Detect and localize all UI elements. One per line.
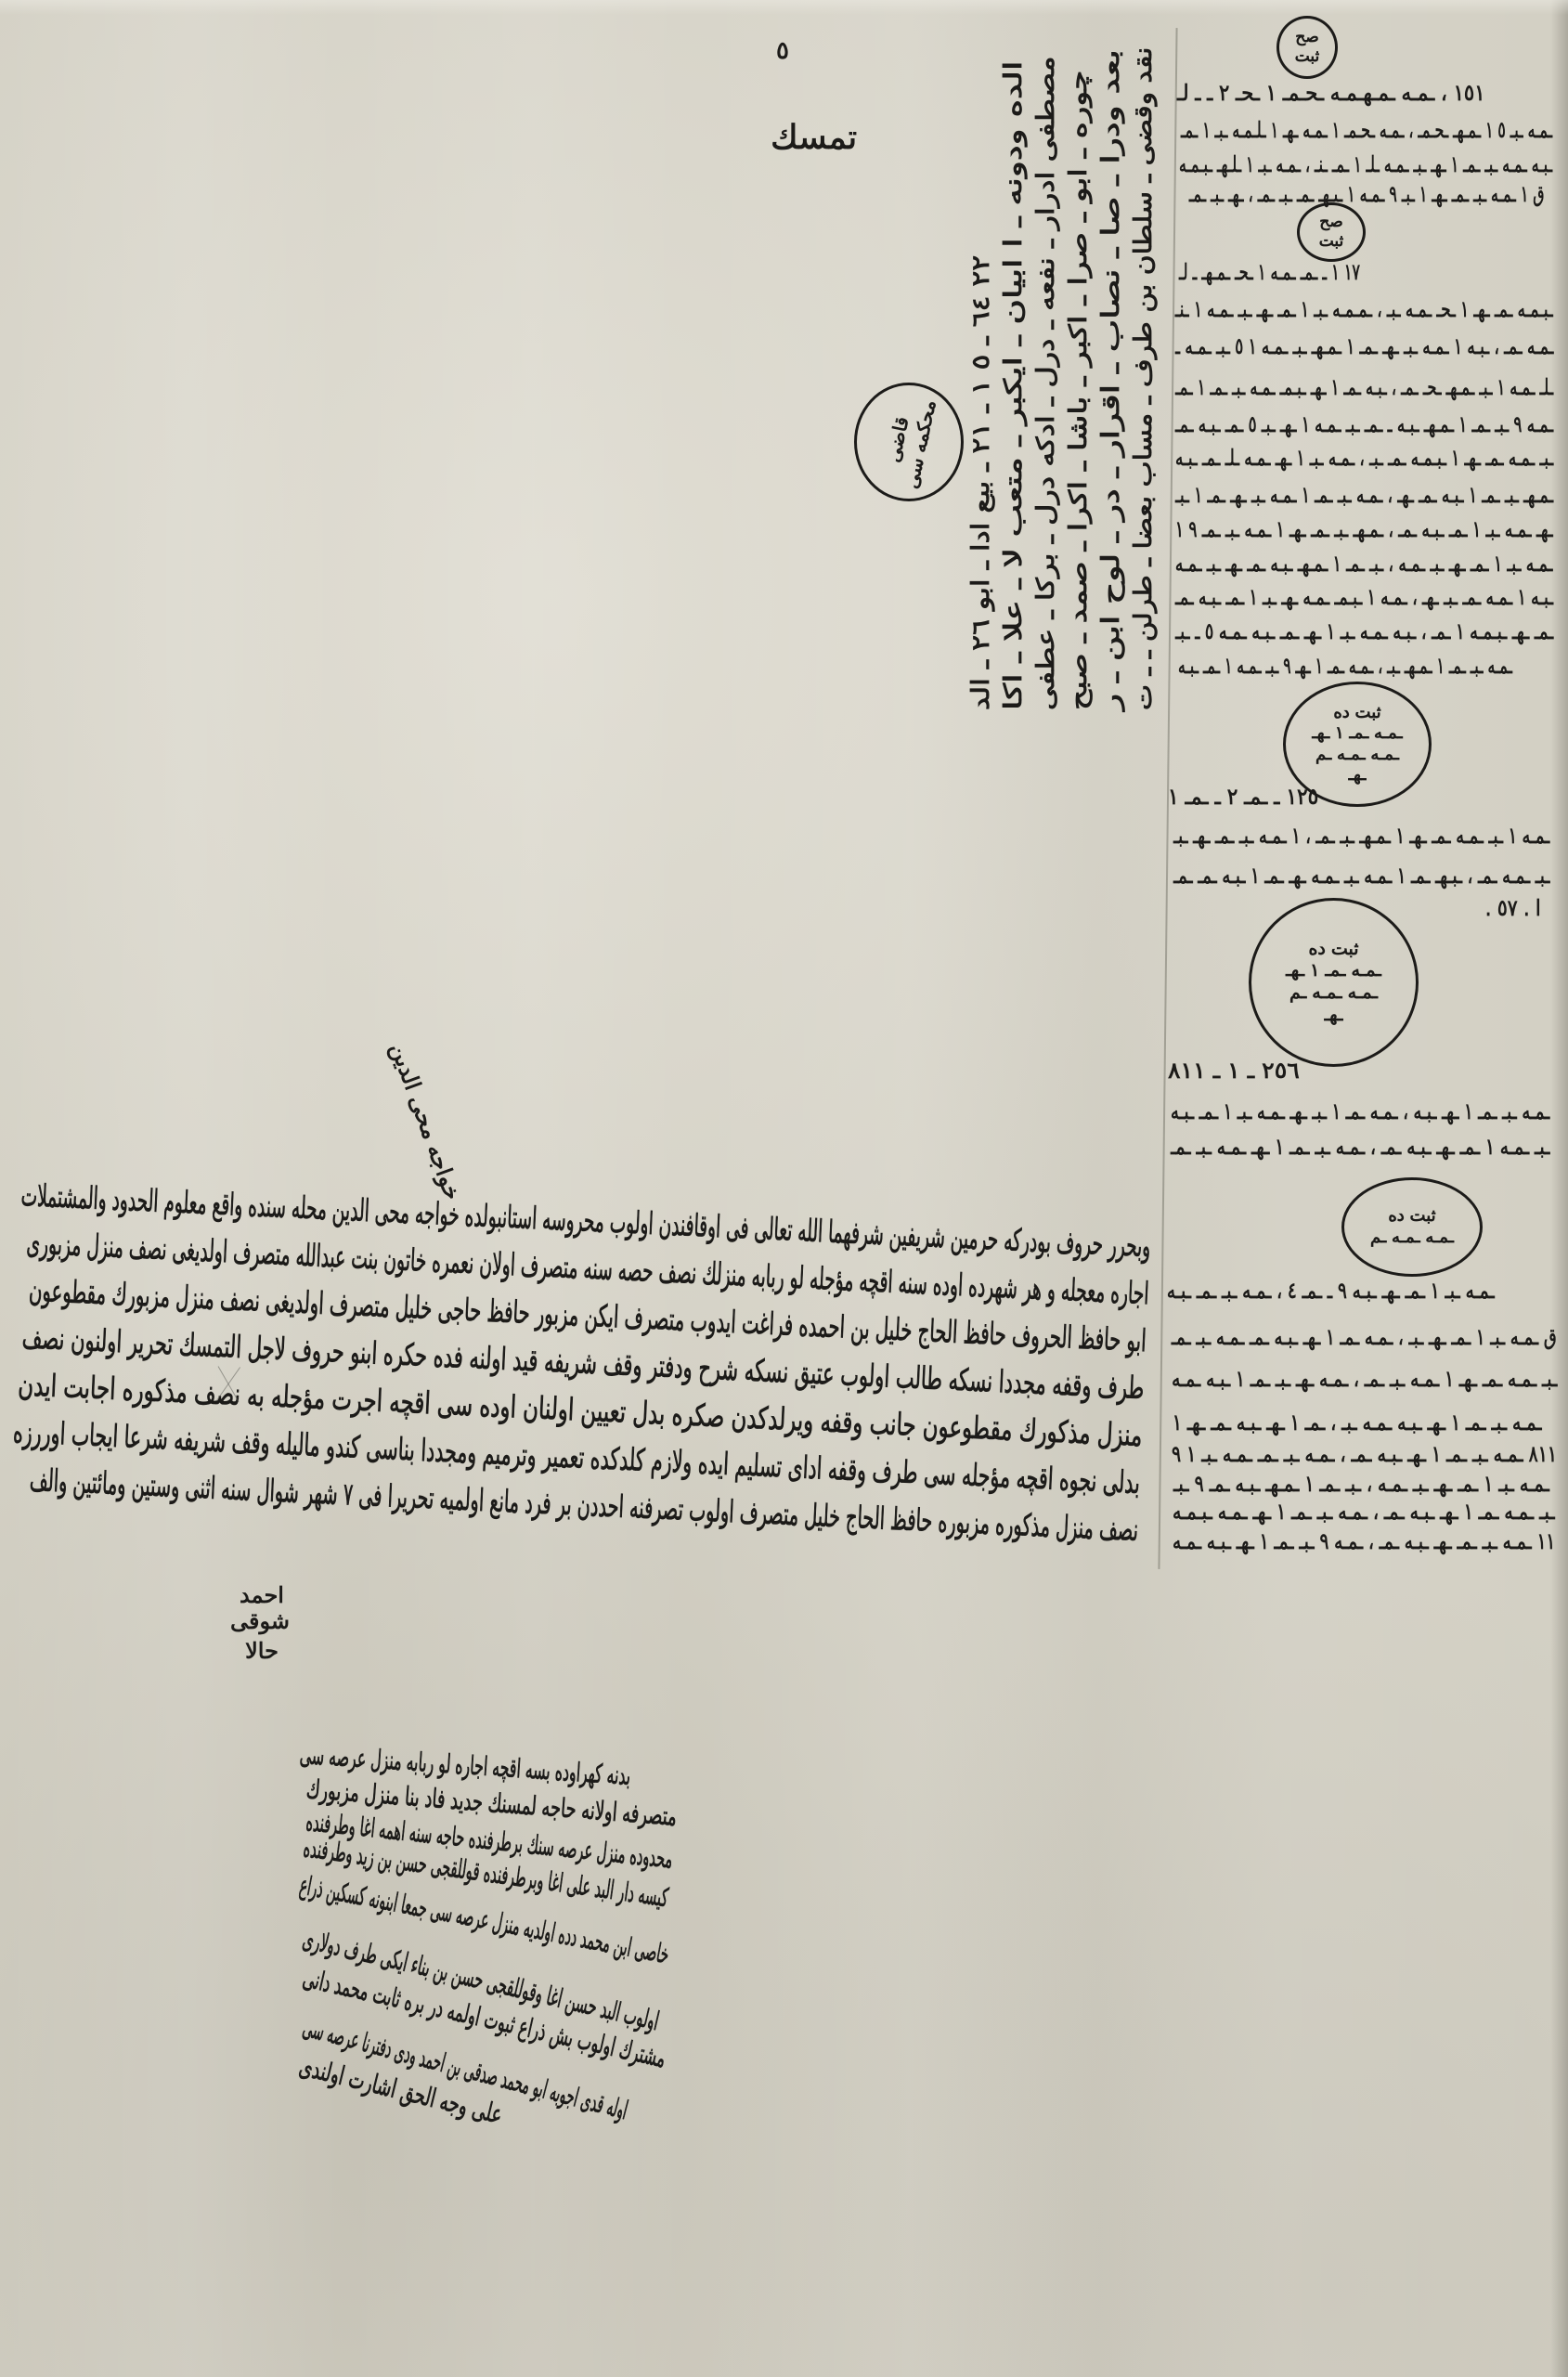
text-line: ا . ٥٧ .	[1485, 893, 1541, 923]
register-line: ـمـه ـبـ ـمـ ١ ـهـ ـبـه ـمـه ـبـ ، ـمـ ١…	[1173, 1408, 1542, 1437]
seal-text-line: صح	[1295, 28, 1318, 47]
text-line: ٢٥٦ ـ ١ ـ ٨١١	[1168, 1056, 1300, 1085]
register-line: ق ١ ـمـه ـبـ ـمـ ـهـ ١ ـبـ ٩ ـمـه ١ ـبـه…	[1188, 179, 1544, 209]
text-line: ـبـ ـمـه ـمـ ـهـ ١ ـمـه ـبـ ـمـ ، ـمـه ـ…	[1172, 1364, 1557, 1394]
seal-text-line: ثبت	[1295, 47, 1320, 67]
register-line: ـبـه ـمـه ـبـ ـمـ ١ ـهـ ـبـ ـمـه ـلـ ١ ـ…	[1179, 149, 1552, 179]
text-line: ١١ ـمـه ـبـ ـمـ ـهـ ـبـه ـمـ ، ـمـه ٩ ـب…	[1173, 1526, 1555, 1556]
register-line: ـمـه ـمـ ، ـبـه ١ ـمـه ـبـ ـهـ ـمـ ١ ـمـ…	[1175, 331, 1553, 361]
register-line: ـمـه ـبـ ٥ ١ ـمـهـ ـحـمـ ، ـمـه ـحـمـ ١ …	[1181, 115, 1552, 145]
register-line: ـمـه ـبـ ـمـ ١ ـهـ ـبـه ، ـمـه ـمـ ١ ـبـ…	[1171, 1097, 1549, 1126]
register-line: ـمـه ـبـ ١ ـمـ ـهـ ـبـ ـمـه ، ـبـ ـمـ ١ …	[1173, 1469, 1549, 1499]
seal-text-line: ـهـ	[1325, 1005, 1343, 1027]
text-line: ـمـه ـبـ ـمـ ١ ـهـ ـبـه ـمـه ـبـ ، ـمـ ١…	[1173, 1408, 1542, 1437]
register-line: ـمـه ـبـ ١ ـمـ ـهـ ـبـ ـمـه ، ـبـ ـمـ ١ …	[1175, 549, 1553, 578]
text-line: ـمـه ١ ـبـ ـمـه ـمـ ـهـ ١ ـمـهـ ـبـ ـمـ …	[1173, 821, 1549, 851]
text-line: خواجه محى الدين	[382, 1038, 470, 1204]
text-line: ـمـه ـبـ ـمـ ١ ـمـهـ ـبـ ، ـمـه ـمـ ١ ـه…	[1178, 651, 1512, 681]
register-line: ـمـهـ ـبـ ـمـ ١ ـبـه ـمـ ـهـ ، ـمـه ـبـ …	[1175, 480, 1553, 510]
text-line: ـبـه ـمـه ـبـ ـمـ ١ ـهـ ـبـ ـمـه ـلـ ١ ـ…	[1179, 149, 1552, 179]
seal-text-line: ـمـه ـمـه ـم	[1289, 982, 1378, 1005]
register-line: ـبـ ـمـه ـمـ ـهـ ١ ـمـه ـبـ ـمـ ، ـمـه ـ…	[1172, 1364, 1557, 1394]
register-line: ـبـمـه ـمـ ـهـ ١ ـحـ ـمـه ـبـ ، ـمـمـه ـ…	[1175, 294, 1553, 324]
seal-text-line: ثبت ده	[1308, 939, 1358, 961]
text-line: ١٥١ ، ـمـه ـمـهـمـه ـحـمـ ١ ـحـ ٢ ـ ـ لـ	[1177, 78, 1485, 108]
signature-line: شوقى	[234, 1608, 290, 1634]
text-line: ٨١١ ـمـه ـبـ ـمـ ١ ـهـ ـبـه ـمـ ، ـمـه ـ…	[1172, 1439, 1557, 1469]
text-line: ـبـ ـمـه ـمـ ، ـبـهـ ـمـ ١ ـمـه ـبـ ـمـه…	[1173, 861, 1549, 890]
register-line: ـمـه ١ ـبـ ـمـه ـمـ ـهـ ١ ـمـهـ ـبـ ـمـ …	[1173, 821, 1549, 851]
text-line: ـمـه ـمـ ، ـبـه ١ ـمـه ـبـ ـهـ ـمـ ١ ـمـ…	[1175, 331, 1553, 361]
text-line: ـمـه ـبـ ١ ـمـ ـهـ ـبـ ـمـه ، ـبـ ـمـ ١ …	[1175, 549, 1553, 578]
text-line: ـهـ ـمـه ـبـ ١ ـمـ ـبـه ـمـ ، ـمـهـ ـبـ …	[1175, 514, 1553, 544]
register-line-tail: ا . ٥٧ .	[1485, 893, 1541, 923]
text-line: ـمـه ـبـ ١ ـمـ ـهـ ـبـ ـمـه ، ـبـ ـمـ ١ …	[1173, 1469, 1549, 1499]
text-line: ـمـه ـبـ ـمـ ١ ـهـ ـبـه ، ـمـه ـمـ ١ ـبـ…	[1171, 1097, 1549, 1126]
signature: احمد شوقى حالا	[234, 1582, 290, 1664]
seal-text-line: ـمـه ـمـه ـم	[1315, 745, 1399, 766]
seal-text-line: ـهـ	[1349, 765, 1367, 786]
text-line: ـمـ ـهـ ـبـمـه ١ ـمـ ، ـبـه ـمـه ـبـ ١ ـ…	[1175, 617, 1553, 646]
register-line: ـمـ ـهـ ـبـمـه ١ ـمـ ، ـبـه ـمـه ـبـ ١ ـ…	[1175, 617, 1553, 646]
seal-text-line: صح	[1319, 213, 1342, 232]
signature-line: حالا	[234, 1638, 290, 1664]
circle-seal-5: ثبت ده ـمـه ـمـه ـم	[1341, 1177, 1483, 1277]
register-line: ـمـه ٩ ـبـ ـمـ ١ ـمـهـ ـبـه ـ ـمـ ـبـ ـم…	[1175, 409, 1553, 439]
text-line: ق ١ ـمـه ـبـ ـمـ ـهـ ١ ـبـ ٩ ـمـه ١ ـبـه…	[1188, 179, 1544, 209]
page-number: ٥	[776, 37, 789, 65]
register-entry-header: ١٥١ ، ـمـه ـمـهـمـه ـحـمـ ١ ـحـ ٢ ـ ـ لـ	[1177, 78, 1485, 108]
text-line: ـمـه ٩ ـبـ ـمـ ١ ـمـهـ ـبـه ـ ـمـ ـبـ ـم…	[1175, 409, 1553, 439]
circle-seal-2: صح ثبت	[1297, 202, 1366, 262]
seal-text-line: ثبت	[1319, 232, 1344, 252]
register-line: ـهـ ـمـه ـبـ ١ ـمـ ـبـه ـمـ ، ـمـهـ ـبـ …	[1175, 514, 1553, 544]
circle-seal-4: ثبت ده ـمـه ـمـ ١ ـهـ ـمـه ـمـه ـم ـهـ	[1249, 898, 1419, 1067]
oval-seal: قاضى محكمه سى	[854, 383, 964, 501]
register-line: ١١ ـمـه ـبـ ـمـ ـهـ ـبـه ـمـ ، ـمـه ٩ ـب…	[1173, 1526, 1555, 1556]
oval-seal-text: قاضى محكمه سى	[876, 393, 940, 490]
text-line: ٢٢ ٦٤ ـ ٥ ١ ـ ٢١ ـ بيع ادا ـ ابو ٢٦ ـ ال…	[965, 255, 998, 710]
seal-text-line: ثبت ده	[1388, 1206, 1435, 1227]
text-line: ـبـ ـمـه ١ ـمـ ـهـ ـبـه ـمـ ، ـمـه ـبـ ـ…	[1171, 1132, 1549, 1162]
register-line: ـمـه ـبـ ـمـ ١ ـمـهـ ـبـ ، ـمـه ـمـ ١ ـه…	[1178, 651, 1512, 681]
text-line: ـمـه ـبـ ١ ـمـ ـهـ ـبـه ٩ ـ ـمـ ٤ ، ـمـه…	[1167, 1276, 1495, 1305]
register-line: ـلـ ـمـه ١ ـبـ ـمـهـ ـحـ ـمـ ، ـبـه ـمـ …	[1175, 372, 1553, 402]
text-line: ـبـمـه ـمـ ـهـ ١ ـحـ ـمـه ـبـ ، ـمـمـه ـ…	[1175, 294, 1553, 324]
register-line: ـبـ ـمـه ـمـ ١ ـهـ ـبـه ـمـ ، ـمـه ـبـ ـ…	[1173, 1497, 1555, 1526]
text-line: ١٢٥ ـ ـمـ ٢ ـ ـمـ ١	[1168, 782, 1318, 812]
text-line: ـبـ ـمـه ـمـ ١ ـهـ ـبـه ـمـ ، ـمـه ـبـ ـ…	[1173, 1497, 1555, 1526]
text-line: ـبـ ـمـه ـمـ ـهـ ١ ـبـمـه ـمـ ـبـ ، ـمـه…	[1175, 443, 1553, 473]
register-line: ـبـ ـمـه ـمـ ، ـبـهـ ـمـ ١ ـمـه ـبـ ـمـه…	[1173, 861, 1549, 890]
seal-text-line: ـمـه ـمـ ١ ـهـ	[1312, 723, 1402, 745]
text-line: ١٧ ١ ـ ـمـ ـمـه ١ ـحـ ـمـهـ ـ لـ	[1179, 257, 1360, 287]
document-title: تمسك	[771, 119, 857, 157]
text-line: ـمـهـ ـبـ ـمـ ١ ـبـه ـمـ ـهـ ، ـمـه ـبـ …	[1175, 480, 1553, 510]
seal-text-line: ـمـه ـمـه ـم	[1370, 1227, 1454, 1249]
register-entry-header: ٢٥٦ ـ ١ ـ ٨١١	[1168, 1056, 1300, 1085]
register-line: ٨١١ ـمـه ـبـ ـمـ ١ ـهـ ـبـه ـمـ ، ـمـه ـ…	[1172, 1439, 1557, 1469]
text-line: ـبـه ١ ـمـه ـمـ ـبـ ـهـ ، ـمـه ١ ـبـمـ ـ…	[1175, 582, 1553, 612]
register-line: ق ـمـه ـبـ ١ ـمـ ـهـ ـبـ ، ـمـه ـمـ ١ ـه…	[1172, 1322, 1557, 1352]
circle-seal-1: صح ثبت	[1276, 16, 1338, 79]
register-entry-header: ١٢٥ ـ ـمـ ٢ ـ ـمـ ١	[1168, 782, 1318, 812]
register-line: ـبـ ـمـه ١ ـمـ ـهـ ـبـه ـمـ ، ـمـه ـبـ ـ…	[1171, 1132, 1549, 1162]
signature-line: احمد	[234, 1582, 290, 1608]
register-line: ـبـ ـمـه ـمـ ـهـ ١ ـبـمـه ـمـ ـبـ ، ـمـه…	[1175, 443, 1553, 473]
marginal-note: خواجه محى الدين	[381, 1036, 469, 1204]
text-line: ـمـه ـبـ ٥ ١ ـمـهـ ـحـمـ ، ـمـه ـحـمـ ١ …	[1181, 115, 1552, 145]
register-line: ـمـه ـبـ ١ ـمـ ـهـ ـبـه ٩ ـ ـمـ ٤ ، ـمـه…	[1167, 1276, 1495, 1305]
register-line: ـبـه ١ ـمـه ـمـ ـبـ ـهـ ، ـمـه ١ ـبـمـ ـ…	[1175, 582, 1553, 612]
text-line: ـلـ ـمـه ١ ـبـ ـمـهـ ـحـ ـمـ ، ـبـه ـمـ …	[1175, 372, 1553, 402]
seal-text-line: ثبت ده	[1333, 703, 1380, 724]
seal-text-line: ـمـه ـمـ ١ ـهـ	[1286, 960, 1381, 982]
main-deed: وبحرر حروف بودركه حرمين شريفين شرفهما ال…	[3, 1172, 1152, 1566]
text-line: ق ـمـه ـبـ ١ ـمـ ـهـ ـبـ ، ـمـه ـمـ ١ ـه…	[1172, 1322, 1557, 1352]
register-entry-header: ١٧ ١ ـ ـمـ ـمـه ١ ـحـ ـمـهـ ـ لـ	[1179, 257, 1360, 287]
